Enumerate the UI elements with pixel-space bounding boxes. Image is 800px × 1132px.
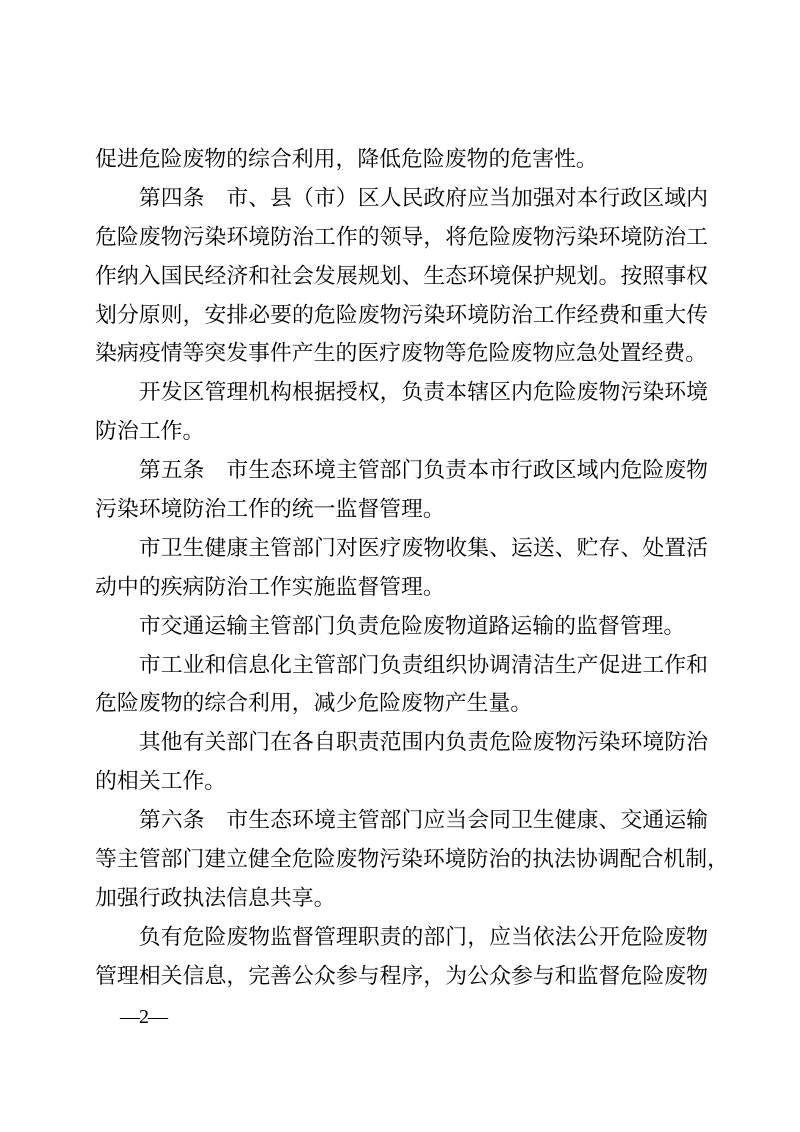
text-line: 负有危险废物监督管理职责的部门，应当依法公开危险废物 [95, 918, 708, 957]
text-line: 第四条 市、县（市）区人民政府应当加强对本行政区域内 [95, 179, 708, 218]
page-number: —2— [120, 1004, 167, 1030]
text-line: 第五条 市生态环境主管部门负责本市行政区域内危险废物 [95, 451, 708, 490]
text-line: 防治工作。 [95, 412, 708, 451]
document-body: 促进危险废物的综合利用，降低危险废物的危害性。第四条 市、县（市）区人民政府应当… [95, 140, 708, 996]
text-line: 其他有关部门在各自职责范围内负责危险废物污染环境防治 [95, 723, 708, 762]
text-line: 危险废物污染环境防治工作的领导，将危险废物污染环境防治工 [95, 218, 708, 257]
text-line: 污染环境防治工作的统一监督管理。 [95, 490, 708, 529]
text-line: 开发区管理机构根据授权，负责本辖区内危险废物污染环境 [95, 373, 708, 412]
text-line: 的相关工作。 [95, 762, 708, 801]
text-line: 加强行政执法信息共享。 [95, 879, 708, 918]
text-line: 划分原则，安排必要的危险废物污染环境防治工作经费和重大传 [95, 296, 708, 335]
text-line: 促进危险废物的综合利用，降低危险废物的危害性。 [95, 140, 708, 179]
text-line: 等主管部门建立健全危险废物污染环境防治的执法协调配合机制， [95, 840, 708, 879]
text-line: 第六条 市生态环境主管部门应当会同卫生健康、交通运输 [95, 801, 708, 840]
text-line: 市交通运输主管部门负责危险废物道路运输的监督管理。 [95, 607, 708, 646]
document-page: 促进危险废物的综合利用，降低危险废物的危害性。第四条 市、县（市）区人民政府应当… [0, 0, 800, 1132]
text-line: 动中的疾病防治工作实施监督管理。 [95, 568, 708, 607]
text-line: 市卫生健康主管部门对医疗废物收集、运送、贮存、处置活 [95, 529, 708, 568]
text-line: 危险废物的综合利用，减少危险废物产生量。 [95, 684, 708, 723]
text-line: 市工业和信息化主管部门负责组织协调清洁生产促进工作和 [95, 646, 708, 685]
text-line: 作纳入国民经济和社会发展规划、生态环境保护规划。按照事权 [95, 257, 708, 296]
text-line: 管理相关信息，完善公众参与程序，为公众参与和监督危险废物 [95, 957, 708, 996]
text-line: 染病疫情等突发事件产生的医疗废物等危险废物应急处置经费。 [95, 334, 708, 373]
